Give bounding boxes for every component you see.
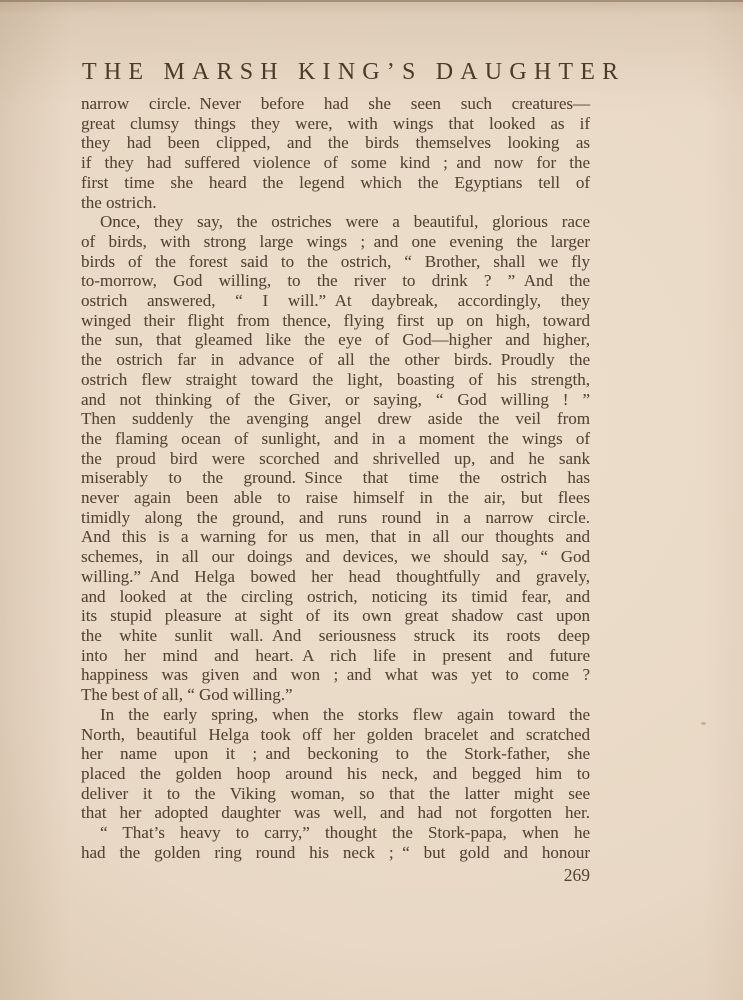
- text-line: timidly along the ground, and runs round…: [81, 508, 590, 528]
- book-page: THE MARSH KING’S DAUGHTER narrow circle.…: [0, 0, 743, 1000]
- text-line: its stupid pleasure at sight of its own …: [81, 606, 590, 626]
- text-line: In the early spring, when the storks fle…: [81, 705, 590, 725]
- page-number: 269: [81, 865, 590, 885]
- text-line: narrow circle. Never before had she seen…: [81, 94, 590, 114]
- text-line: happiness was given and won ; and what w…: [81, 665, 590, 685]
- text-line: miserably to the ground. Since that time…: [81, 468, 590, 488]
- text-line: Once, they say, the ostriches were a bea…: [81, 212, 590, 232]
- page-top-edge-shadow: [0, 0, 743, 2]
- text-line: winged their flight from thence, flying …: [81, 311, 590, 331]
- text-line: ostrich answered, “ I will.” At daybreak…: [81, 291, 590, 311]
- text-line: ostrich flew straight toward the light, …: [81, 370, 590, 390]
- text-line: schemes, in all our doings and devices, …: [81, 547, 590, 567]
- text-line: birds of the forest said to the ostrich,…: [81, 252, 590, 272]
- text-line: the flaming ocean of sunlight, and in a …: [81, 429, 590, 449]
- text-line: the ostrich.: [81, 193, 590, 213]
- text-line: had the golden ring round his neck ; “ b…: [81, 843, 590, 863]
- text-line: The best of all, “ God willing.”: [81, 685, 590, 705]
- text-line: to-morrow, God willing, to the river to …: [81, 271, 590, 291]
- page-body: narrow circle. Never before had she seen…: [81, 94, 590, 862]
- text-line: into her mind and heart. A rich life in …: [81, 646, 590, 666]
- text-line: deliver it to the Viking woman, so that …: [81, 784, 590, 804]
- text-line: the ostrich far in advance of all the ot…: [81, 350, 590, 370]
- text-line: her name upon it ; and beckoning to the …: [81, 744, 590, 764]
- text-line: that her adopted daughter was well, and …: [81, 803, 590, 823]
- text-line: of birds, with strong large wings ; and …: [81, 232, 590, 252]
- text-line: “ That’s heavy to carry,” thought the St…: [81, 823, 590, 843]
- text-line: if they had suffered violence of some ki…: [81, 153, 590, 173]
- text-line: they had been clipped, and the birds the…: [81, 133, 590, 153]
- text-line: and not thinking of the Giver, or saying…: [81, 390, 590, 410]
- text-line: the sun, that gleamed like the eye of Go…: [81, 330, 590, 350]
- text-line: And this is a warning for us men, that i…: [81, 527, 590, 547]
- text-line: the proud bird were scorched and shrivel…: [81, 449, 590, 469]
- text-line: the white sunlit wall. And seriousness s…: [81, 626, 590, 646]
- text-line: first time she heard the legend which th…: [81, 173, 590, 193]
- text-line: North, beautiful Helga took off her gold…: [81, 725, 590, 745]
- paper-speck: [701, 722, 706, 725]
- text-line: willing.” And Helga bowed her head thoug…: [81, 567, 590, 587]
- text-line: great clumsy things they were, with wing…: [81, 114, 590, 134]
- text-line: Then suddenly the avenging angel drew as…: [81, 409, 590, 429]
- running-head: THE MARSH KING’S DAUGHTER: [82, 60, 599, 84]
- text-line: and looked at the circling ostrich, noti…: [81, 587, 590, 607]
- text-line: placed the golden hoop around his neck, …: [81, 764, 590, 784]
- text-line: never again been able to raise himself i…: [81, 488, 590, 508]
